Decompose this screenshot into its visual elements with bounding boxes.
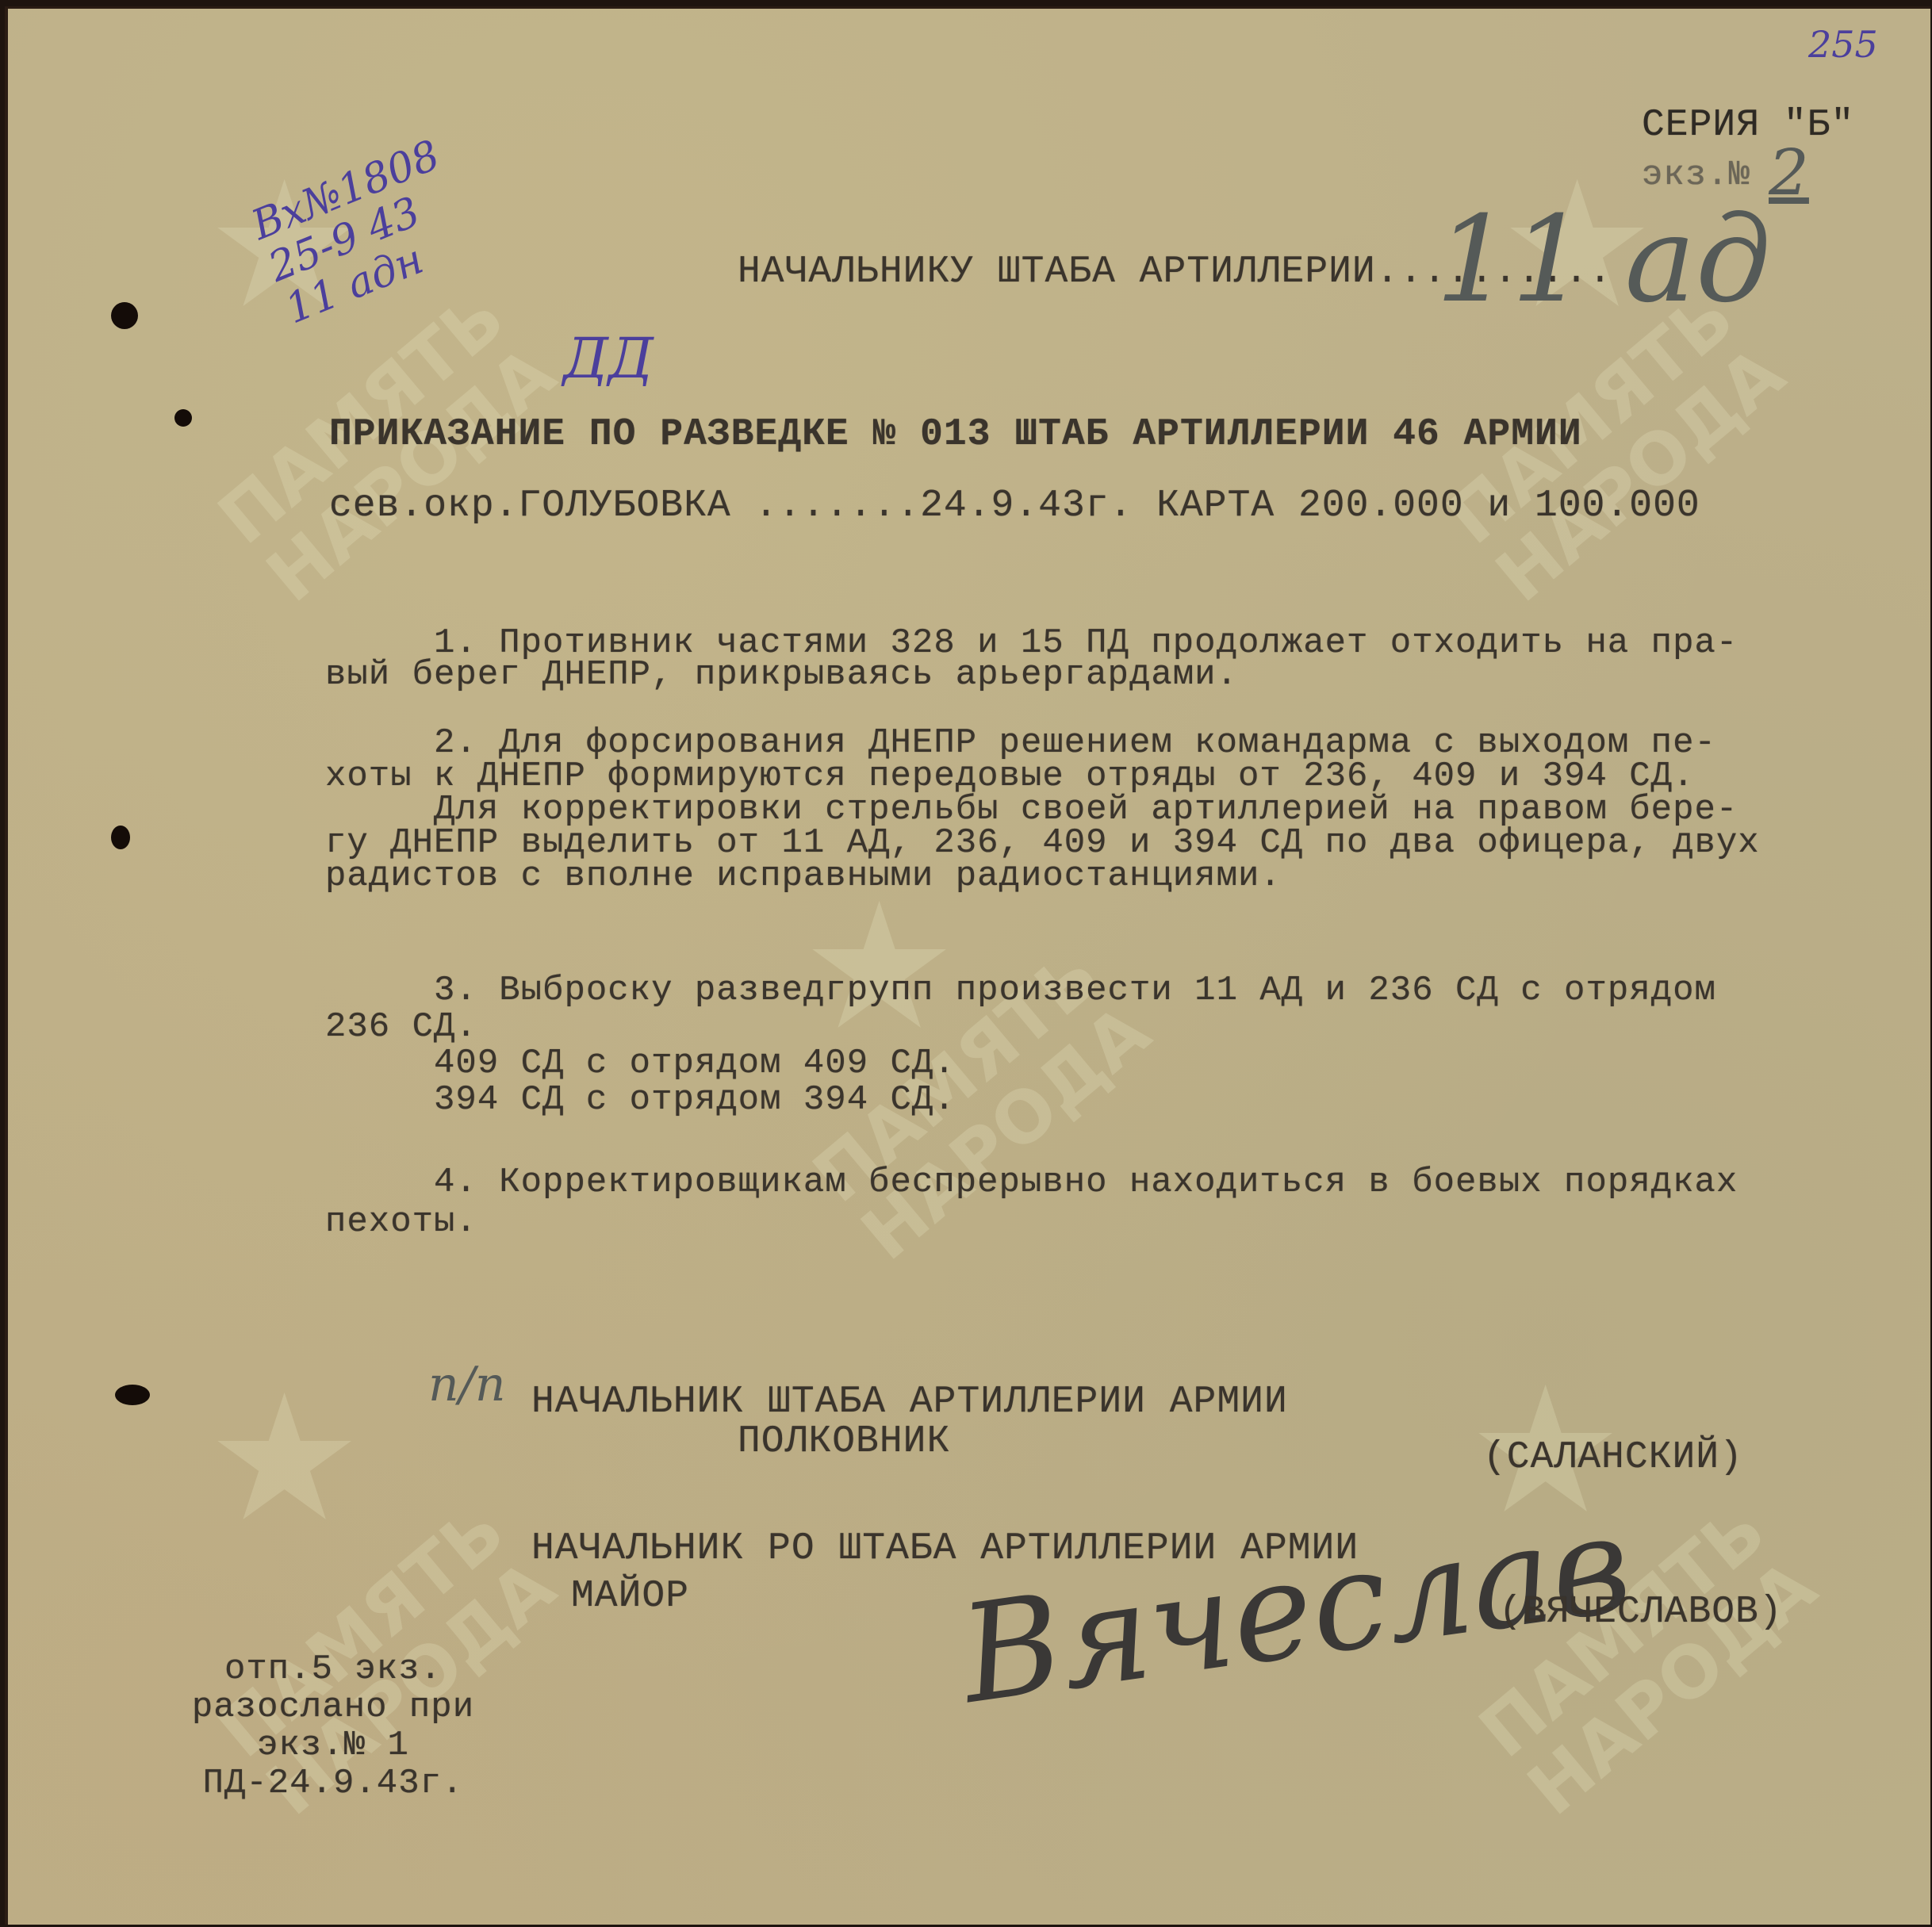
order-location-date: сев.окр.ГОЛУБОВКА .......24.9.43г. КАРТА… bbox=[329, 485, 1700, 527]
copy-number: 2 bbox=[1769, 136, 1809, 209]
paragraph-1: 1. Противник частями 328 и 15 ПД продолж… bbox=[325, 627, 1738, 691]
distribution-line: экз.№ 1 bbox=[167, 1726, 500, 1764]
paragraph-line: 2. Для форсирования ДНЕПР решением коман… bbox=[325, 726, 1760, 760]
paragraph-line: гу ДНЕПР выделить от 11 АД, 236, 409 и 3… bbox=[325, 826, 1760, 860]
paragraph-line: 1. Противник частями 328 и 15 ПД продолж… bbox=[325, 627, 1738, 659]
signature-mark: п/п bbox=[428, 1357, 506, 1412]
paragraph-line: вый берег ДНЕПР, прикрываясь арьергардам… bbox=[325, 659, 1738, 691]
paragraph-line: 3. Выброску разведгрупп произвести 11 АД… bbox=[325, 972, 1716, 1009]
paragraph-line: 236 СД. bbox=[325, 1009, 1716, 1045]
paragraph-line: 409 СД с отрядом 409 СД. bbox=[325, 1045, 1716, 1082]
signatory-2-name: (ВЯЧЕСЛАВОВ) bbox=[1499, 1591, 1783, 1634]
distribution-line: отп.5 экз. bbox=[167, 1650, 500, 1688]
page-number: 255 bbox=[1808, 23, 1878, 66]
paragraph-line: 394 СД с отрядом 394 СД. bbox=[325, 1082, 1716, 1118]
registration-initials: ДД bbox=[563, 326, 654, 391]
punch-hole bbox=[174, 409, 192, 427]
document-page: ★ ПАМЯТЬ НАРОДА ★ ПАМЯТЬ НАРОДА ★ ПАМЯТЬ… bbox=[5, 6, 1930, 1925]
paragraph-4: 4. Корректировщикам беспрерывно находить… bbox=[325, 1163, 1738, 1242]
copy-label: экз.№ bbox=[1642, 155, 1750, 195]
star-icon: ★ bbox=[206, 1357, 362, 1560]
signatory-1-name: (САЛАНСКИЙ) bbox=[1483, 1436, 1743, 1479]
signatory-2-rank: МАЙОР bbox=[571, 1575, 689, 1618]
punch-hole bbox=[111, 826, 130, 849]
distribution-line: ПД-24.9.43г. bbox=[167, 1764, 500, 1802]
signatory-1-rank: ПОЛКОВНИК bbox=[738, 1420, 950, 1463]
signatory-1-title: НАЧАЛЬНИК ШТАБА АРТИЛЛЕРИИ АРМИИ bbox=[531, 1381, 1288, 1423]
addressee-handwritten: 11 ад bbox=[1436, 191, 1771, 329]
paragraph-line: 4. Корректировщикам беспрерывно находить… bbox=[325, 1163, 1738, 1202]
paragraph-line: пехоты. bbox=[325, 1202, 1738, 1242]
distribution-note: отп.5 экз.разослано приэкз.№ 1ПД-24.9.43… bbox=[167, 1650, 500, 1802]
distribution-line: разослано при bbox=[167, 1688, 500, 1726]
punch-hole bbox=[115, 1385, 150, 1405]
paragraph-line: радистов с вполне исправными радиостанци… bbox=[325, 860, 1760, 893]
series-label: СЕРИЯ "Б" bbox=[1642, 104, 1854, 147]
paragraph-line: Для корректировки стрельбы своей артилле… bbox=[325, 793, 1760, 826]
paragraph-2: 2. Для форсирования ДНЕПР решением коман… bbox=[325, 726, 1760, 893]
punch-hole bbox=[111, 302, 138, 329]
order-title: ПРИКАЗАНИЕ ПО РАЗВЕДКЕ № 013 ШТАБ АРТИЛЛ… bbox=[329, 413, 1582, 456]
paragraph-3: 3. Выброску разведгрупп произвести 11 АД… bbox=[325, 972, 1716, 1118]
paragraph-line: хоты к ДНЕПР формируются передовые отряд… bbox=[325, 760, 1760, 793]
